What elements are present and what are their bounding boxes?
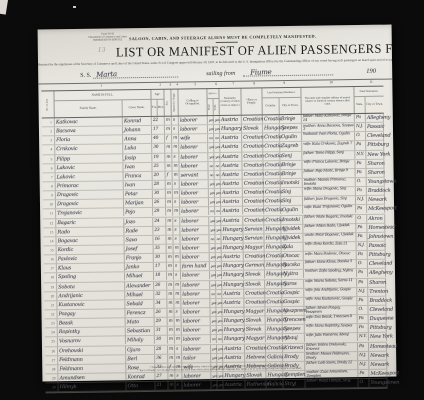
cell-age: 26 <box>154 309 167 317</box>
able-to-label: Able to— <box>207 89 218 99</box>
cell-occ: laborer <box>179 153 208 162</box>
cell-dst: O. <box>358 379 369 387</box>
cell-sex: m <box>167 245 174 253</box>
cell-age: 31 <box>155 327 168 335</box>
cell-race: Croatian <box>244 252 265 260</box>
cell-family: Filipp <box>55 154 123 164</box>
cell-no: 18 <box>44 274 57 282</box>
cell-dst: N.J. <box>357 242 368 250</box>
cell-occ: laborer <box>180 207 209 216</box>
cell-dcity: Sharon <box>367 168 385 177</box>
cell-family: Kustanovic <box>57 300 125 309</box>
cell-relative: father: Mato Katkovac, Brinje 14 <box>302 114 355 123</box>
cell-relative: brother: Moses Feldmann, Brody <box>305 352 358 361</box>
cell-nat: Austria <box>221 180 243 188</box>
cell-dcity: Passaic <box>368 242 386 250</box>
cell-given: Johann <box>123 126 152 135</box>
header-name-group: NAME IN FULL. Family Name. Given Name. <box>54 90 151 117</box>
cell-occ: laborer <box>179 162 208 170</box>
cell-ms: m <box>175 327 182 335</box>
cell-family: Bogavac <box>56 236 124 245</box>
res-country-label: Country. <box>263 98 280 114</box>
cell-relative: wife: Ana Kustanovic, Gospic <box>304 297 357 306</box>
cell-given: Ivan <box>124 181 153 190</box>
col-number: 2 <box>159 83 161 87</box>
cell-sex: m <box>167 272 174 280</box>
cell-rescity: Ogulin <box>281 206 303 215</box>
cell-race: Croatian <box>242 134 263 142</box>
cell-family: Katkovac <box>55 117 123 127</box>
cell-relative: wife: Julis Vosnarov, Abauj <box>305 333 358 342</box>
cell-given: Janko <box>125 263 154 272</box>
cell-nat: Austria <box>223 344 245 352</box>
cell-given: Otto <box>127 382 156 390</box>
cell-resc: Galicia <box>267 380 284 388</box>
cell-dst: Pa <box>357 251 368 259</box>
cell-age: 30 <box>153 190 166 198</box>
cell-no: 21 <box>44 301 57 309</box>
cell-dst: Pa <box>358 315 369 323</box>
cell-nat: Hungary <box>221 225 243 234</box>
cell-nat: Hungary <box>223 317 245 326</box>
cell-given: Franca <box>124 172 153 181</box>
cell-family: Vosnarov <box>58 336 126 346</box>
cell-ms: m <box>173 190 180 198</box>
cell-given: Pejo <box>124 208 153 217</box>
cell-given: Konrad <box>123 117 152 126</box>
cell-occ: laborer <box>181 308 210 317</box>
cell-family: Kordic <box>57 245 125 254</box>
cell-resc: Hungary <box>265 307 282 315</box>
cell-dcity: Pittsburg <box>368 251 386 259</box>
cell-occ: laborer <box>180 235 209 244</box>
cell-rescity: Sinj <box>281 197 303 205</box>
cell-ms: s <box>173 217 180 225</box>
cell-race: Slovak <box>245 326 266 334</box>
cell-dcity: New York <box>369 333 387 342</box>
cell-given: Petar <box>124 190 153 198</box>
cell-resc: Croatia <box>263 115 280 123</box>
cell-dcity: Sharon <box>366 159 384 167</box>
cell-age: 21 <box>156 382 169 390</box>
cell-age: 35 <box>154 245 167 253</box>
cell-age: 17 <box>154 263 167 271</box>
cell-rescity: Imotski <box>281 215 303 223</box>
cell-age: 29 <box>153 208 166 216</box>
cell-age: 23 <box>153 226 166 234</box>
pencil-annotation: 13 <box>98 47 106 54</box>
cell-dcity: Youngstown <box>367 178 385 186</box>
manifest-rows: 1KatkovacKonrad22mslaboreryesyesAustriaC… <box>42 114 388 394</box>
cell-given: Sebastian <box>126 327 155 335</box>
cell-given: Savo <box>124 236 153 245</box>
cell-resc: Croatia <box>264 188 281 196</box>
cell-family: Pavlovic <box>57 254 125 263</box>
cell-occ: laborer <box>181 253 210 262</box>
cell-given: Mihaly <box>126 336 155 345</box>
cell-nat: Austria <box>220 152 242 161</box>
write-label: Write. <box>215 104 218 110</box>
cell-dcity: Homestead <box>367 223 385 232</box>
cell-race: German <box>244 262 265 271</box>
cell-given: Jozo <box>124 218 153 226</box>
cell-age: 30 <box>155 336 168 344</box>
cell-family: Dragovic <box>56 191 124 200</box>
cell-occ: wife <box>179 134 208 142</box>
cell-rescity: Bacska <box>282 261 304 270</box>
cell-rescity: Brinje <box>280 115 302 124</box>
manifest-sheet: Form 500 B Department of Commerce and La… <box>38 25 397 382</box>
cell-race: Croatian <box>242 161 263 169</box>
cell-race: Magyar <box>245 335 266 344</box>
cell-dst: Pa <box>356 233 367 241</box>
cell-dst: O. <box>357 260 368 268</box>
cell-family: Amundsen <box>58 373 126 383</box>
cell-nat: Hungary <box>223 335 245 344</box>
cell-ms: m <box>172 162 179 170</box>
cell-nat: Hungary <box>220 125 242 133</box>
cell-dcity: Johnstown <box>367 232 385 240</box>
cell-age: 17 <box>152 126 165 134</box>
cell-resc: Croatia <box>265 298 282 306</box>
occupation-label: Calling or Occupation. <box>178 89 206 115</box>
cell-resc: Hungary <box>265 271 282 279</box>
cell-race: Croatian <box>242 115 263 124</box>
cell-given: Mihael <box>125 272 154 280</box>
cell-no: 29 <box>45 374 58 382</box>
cell-occ: laborer <box>183 381 212 389</box>
cell-occ: tailor <box>182 354 211 362</box>
cell-nat: Hungary <box>222 271 244 279</box>
cell-nat: Hungary <box>222 280 244 289</box>
col-number: 1 <box>100 84 102 88</box>
cell-given: Rade <box>124 226 153 235</box>
cell-race: Magyar <box>244 307 265 315</box>
cell-given: Luka <box>123 144 152 153</box>
cell-no: 5 <box>42 155 55 163</box>
cell-nat: Austria <box>221 216 243 224</box>
cell-rescity: Stryj <box>284 380 306 388</box>
cell-no: 30 <box>46 383 59 391</box>
cell-resc: Hungary <box>265 261 282 269</box>
cell-family: Trojanovic <box>56 208 124 218</box>
cell-given: Anna <box>123 135 152 143</box>
cell-occ: laborer <box>180 226 209 235</box>
cell-no: 23 <box>45 319 58 327</box>
cell-no: 25 <box>45 338 58 346</box>
cell-occ: servant <box>180 171 209 180</box>
cell-ms: m <box>175 354 182 362</box>
cell-rescity: Saros <box>282 279 304 288</box>
cell-resc: Croatia <box>264 170 281 178</box>
cell-given: Josef <box>125 245 154 253</box>
cell-age: 19 <box>152 153 165 161</box>
cell-dst: O. <box>356 214 367 222</box>
cell-no: 17 <box>44 264 57 272</box>
header-nationality: Nationality. (Country of which citizen o… <box>219 89 241 115</box>
cell-nat: Austria <box>220 161 242 169</box>
cell-rescity: Senj <box>280 151 302 160</box>
cell-occ: laborer <box>182 326 211 334</box>
cell-family: Bezak <box>58 318 126 328</box>
cell-race: Slovak <box>244 280 265 289</box>
cell-no: 13 <box>43 228 56 236</box>
cell-family: Pozgay <box>57 309 125 318</box>
cell-occ: laborer <box>182 335 211 344</box>
cell-age: 22 <box>152 117 165 125</box>
cell-dst: Pa <box>356 169 367 177</box>
cell-age: 32 <box>154 290 167 298</box>
cell-nat: Hungary <box>223 371 245 380</box>
cell-resc: Croatia <box>263 143 280 151</box>
cell-dcity: Allegheny <box>366 114 384 123</box>
cell-dst: Pa <box>355 114 366 122</box>
cell-age: 28 <box>155 345 168 353</box>
cell-given: Marijan <box>124 199 153 208</box>
cell-ms: m <box>174 299 181 307</box>
cell-occ: farm hand <box>181 262 210 271</box>
cell-race: Croatian <box>243 207 264 216</box>
cell-nat: Austria <box>222 298 244 306</box>
cell-no: 24 <box>45 328 58 336</box>
cell-resc: Croatia <box>265 289 282 297</box>
cell-race: Croatian <box>245 344 266 352</box>
col-number: 6 <box>215 82 217 86</box>
header-occupation: Calling or Occupation. <box>178 89 207 115</box>
cell-ms: s <box>174 272 181 280</box>
cell-nat: Austria <box>221 198 243 206</box>
cell-given: Sebald <box>125 300 154 308</box>
cell-dcity: Duquesne <box>369 315 387 324</box>
cell-dst: Pa <box>356 224 367 232</box>
cell-no: 22 <box>44 310 57 318</box>
cell-dcity: McKeesport <box>369 370 387 379</box>
col-number: 3 <box>169 83 171 87</box>
ship-name-handwritten: Marta <box>96 70 117 79</box>
cell-family: Feldmann <box>58 355 126 364</box>
last-residence-label: Last Permanent Residence. <box>262 88 300 99</box>
cell-resc: Hungary <box>263 124 280 132</box>
header-destination-group: Final Destination. State. City or Town. <box>354 87 383 113</box>
nationality-label: Nationality. (Country of which citizen o… <box>219 89 240 115</box>
cell-family: Primorac <box>56 181 124 190</box>
cell-sex: m <box>168 327 175 335</box>
cell-no: 9 <box>43 191 56 199</box>
scan-speck-artifact <box>73 6 76 8</box>
cell-age: 29 <box>155 318 168 326</box>
cell-rescity: Imotski <box>281 179 303 187</box>
cell-occ: laborer <box>181 281 210 290</box>
cell-resc: Galicia <box>266 353 283 361</box>
cell-sex: m <box>167 299 174 307</box>
cell-race: Croatian <box>243 216 264 224</box>
cell-dcity: Homestead <box>369 342 387 350</box>
cell-dst: Pa <box>358 324 369 332</box>
cell-age: 26 <box>154 281 167 289</box>
cell-rescity: Nyitra <box>282 270 304 278</box>
cell-age: 26 <box>153 199 166 207</box>
cell-age: 18 <box>154 272 167 280</box>
cell-dst: Pa <box>357 269 368 277</box>
cell-relative: father: Imbro Orehovski, Krizevci <box>305 343 358 352</box>
cell-age: 40 <box>152 135 165 143</box>
cell-dst: N.Y. <box>355 150 366 158</box>
cell-rescity: Ogulin <box>280 133 302 141</box>
cell-rescity: Ujvidek <box>281 234 303 242</box>
cell-given: Franjo <box>125 254 154 263</box>
cell-race: Croatian <box>243 179 264 187</box>
cell-race: Croatian <box>242 143 263 151</box>
married-single-label: Married or Single. <box>173 93 176 112</box>
cell-dst: O. <box>356 178 367 186</box>
cell-dcity: Pittsburg <box>366 141 384 149</box>
cell-dcity: Pittsburg <box>369 324 387 332</box>
cell-no: 11 <box>43 210 56 218</box>
cell-relative: father: Wasyl Hilmyk, Stryj <box>305 379 358 388</box>
cell-dcity: Passaic <box>366 123 384 131</box>
cell-family: Spoling <box>57 273 125 282</box>
cell-dcity: Trenton <box>368 287 386 295</box>
cell-nat: Hungary <box>223 326 245 334</box>
cell-resc: Hungary <box>266 334 283 342</box>
cell-rescity: Zemplen <box>283 371 305 380</box>
cell-nat: Austria <box>220 143 242 151</box>
cell-dst: Pa <box>358 370 369 378</box>
cell-rescity: Szepes <box>283 325 305 333</box>
cell-age: 25 <box>152 162 165 170</box>
cell-rescity: Abauj <box>283 334 305 343</box>
cell-dst: O. <box>357 306 368 314</box>
cell-no: 26 <box>45 347 58 355</box>
cell-resc: Hungary <box>266 325 283 333</box>
cell-relative: mother: Zofia Spoling, Nyitra <box>304 270 357 279</box>
cell-nat: Austria <box>222 253 244 261</box>
ss-prefix-label: S. S. <box>80 73 91 79</box>
cell-family: Klaus <box>57 263 125 273</box>
cell-nat: Austria <box>221 207 243 216</box>
cell-dst: N.J. <box>356 196 367 204</box>
dest-state-label: State. <box>355 97 366 113</box>
cell-given: Mato <box>126 318 155 327</box>
cell-dcity: New York <box>366 150 384 159</box>
cell-dst: N.J. <box>355 123 366 131</box>
cell-rescity: Veszprem <box>282 307 304 315</box>
given-name-label: Given Name. <box>123 100 151 116</box>
cell-dcity: Braddock <box>367 187 385 195</box>
no-on-list-label: No. on List. <box>46 98 49 110</box>
cell-occ: laborer <box>181 244 210 252</box>
cell-rescity: Otocac <box>282 252 304 260</box>
cell-family: Lakovic <box>56 172 124 182</box>
cell-no: 10 <box>43 201 56 209</box>
sex-label: Sex. <box>166 100 169 105</box>
cell-relative: wife: Stana Dragovic, Sinj <box>303 187 356 196</box>
cell-dst: N.Y. <box>358 333 369 341</box>
cell-relative: wife: Kata Crnkovic, Zagreb 7 <box>302 141 355 150</box>
cell-dcity: Allegheny <box>368 269 386 277</box>
scanned-manifest-image: Form 500 B Department of Commerce and La… <box>0 0 424 400</box>
cell-nat: Austria <box>220 134 242 142</box>
cell-dcity: Akron <box>367 214 385 222</box>
year-label: 190 <box>366 68 376 75</box>
cell-rescity: Szepes <box>280 124 302 132</box>
cell-no: 28 <box>45 365 58 373</box>
cell-no: 7 <box>43 173 56 181</box>
cell-rescity: Sinj <box>281 188 303 196</box>
cell-age: 30 <box>152 144 165 152</box>
cell-family: Floria <box>55 136 123 145</box>
cell-sex: f <box>165 135 172 143</box>
cell-occ: laborer <box>182 372 211 381</box>
cell-family: Bagaric <box>56 218 124 227</box>
cell-resc: Croatia <box>263 152 280 160</box>
cell-given: Mihael <box>125 291 154 300</box>
cell-resc: Hungary <box>265 280 282 288</box>
cell-no: 16 <box>44 255 57 263</box>
cell-dcity: Cleveland <box>368 306 386 314</box>
cell-occ: laborer <box>180 198 209 207</box>
cell-resc: Hungary <box>266 316 283 324</box>
cell-occ: laborer <box>179 125 208 134</box>
cell-family: Lakovic <box>55 163 123 172</box>
cell-no: 20 <box>44 292 57 300</box>
cell-dst: Pa <box>358 342 369 350</box>
scan-corner-artifact <box>0 0 8 15</box>
cell-dst: N.J. <box>357 288 368 296</box>
cell-nat: Austria <box>220 116 242 125</box>
cell-rescity: Zala <box>282 243 304 251</box>
cell-race: Slovak <box>242 124 263 132</box>
mos-label: Mos. <box>158 100 164 116</box>
sailing-from-label: sailing from <box>206 71 235 77</box>
cell-age: 16 <box>153 236 166 244</box>
cell-nat: Hungary <box>222 308 244 316</box>
cell-rescity: Ujvidek <box>281 224 303 233</box>
cell-occ: laborer <box>181 299 210 307</box>
cell-race: Croatian <box>244 289 265 297</box>
port-name-handwritten: Fiume <box>250 68 272 77</box>
cell-race: Croatian <box>243 170 264 179</box>
cell-sex: m <box>169 382 176 390</box>
col-number: 7 <box>232 82 234 86</box>
final-destination-label: Final Destination. <box>354 87 383 97</box>
cell-occ: laborer <box>180 189 209 197</box>
col-number: 11 <box>369 80 373 84</box>
cell-occ: laborer <box>181 272 210 280</box>
cell-age: 34 <box>154 300 167 308</box>
cell-dcity: Cleveland <box>366 132 384 140</box>
header-able-group: Able to— Read. Write. <box>207 89 219 115</box>
cell-dst: Pa <box>356 187 367 195</box>
cell-occ: laborer <box>179 116 208 125</box>
cell-nat: Austria <box>221 189 243 197</box>
manifest-banner: SALOON, CABIN, AND STEERAGE ALIENS MUST … <box>98 33 348 41</box>
cell-age: 28 <box>153 181 166 189</box>
cell-dcity: Newark <box>367 196 385 204</box>
cell-nat: Austria <box>224 381 246 389</box>
cell-relative: wife: Franca Lakovic, Brinje <box>302 160 355 169</box>
cell-dcity: Sharon <box>368 278 386 287</box>
cell-resc: Croatia <box>265 252 282 260</box>
col-number: 5 <box>194 82 196 86</box>
cell-rescity: Zagreb <box>280 142 302 150</box>
cell-family: Sobota <box>57 282 125 292</box>
cell-race: Croatian <box>244 298 265 306</box>
cell-occ: laborer <box>182 345 211 354</box>
cell-occ: laborer <box>180 180 209 189</box>
cell-given: Gjuro <box>126 345 155 354</box>
cell-ms: m <box>172 135 179 143</box>
